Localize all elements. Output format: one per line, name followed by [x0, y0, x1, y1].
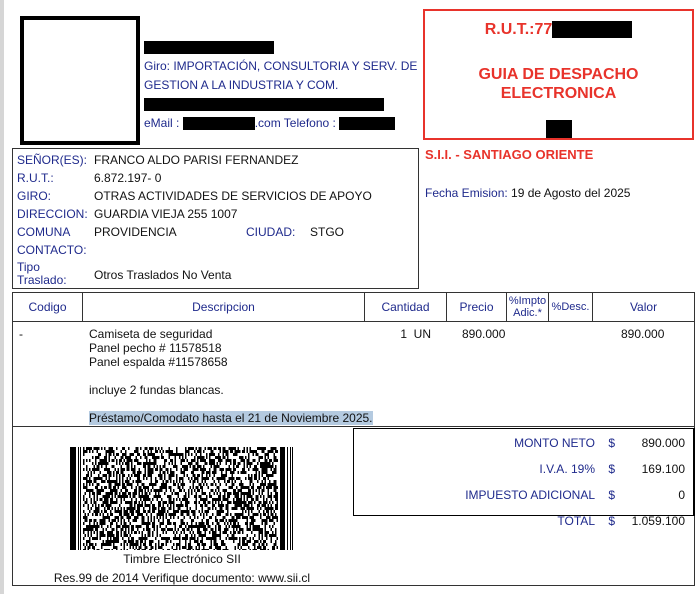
issuer-giro-line1: Giro: IMPORTACIÓN, CONSULTORIA Y SERV. D… — [144, 57, 424, 76]
items-table: Codigo Descripcion Cantidad Precio %Impt… — [12, 292, 695, 427]
direccion-value: GUARDIA VIEJA 255 1007 — [94, 207, 237, 221]
desc-line: incluye 2 fundas blancas. — [89, 383, 373, 397]
tipo-traslado-value: Otros Traslados No Venta — [94, 268, 231, 282]
redacted-rut — [552, 21, 632, 38]
issuer-giro-line2: GESTION A LA INDUSTRIA Y COM. — [144, 76, 424, 95]
currency-symbol: $ — [608, 462, 615, 476]
row-precio: 890.000 — [462, 327, 505, 341]
ciudad-value: STGO — [310, 225, 344, 239]
issuer-info: Giro: IMPORTACIÓN, CONSULTORIA Y SERV. D… — [144, 38, 424, 133]
issue-date: Fecha Emision: 19 de Agosto del 2025 — [425, 186, 630, 200]
header-impto-line1: %Impto — [509, 295, 546, 307]
impuesto-value: 0 — [678, 488, 685, 502]
tipo-label-line2: Traslado: — [17, 273, 67, 287]
totals-row-neto: MONTO NETO $ 890.000 — [354, 436, 693, 452]
currency-symbol: $ — [608, 488, 615, 502]
page-edge — [0, 0, 4, 594]
redacted-email — [183, 117, 255, 130]
total-label: TOTAL — [557, 514, 595, 528]
impuesto-label: IMPUESTO ADICIONAL — [465, 488, 595, 502]
currency-symbol: $ — [608, 436, 615, 450]
redacted-folio — [546, 120, 572, 138]
giro-value: OTRAS ACTIVIDADES DE SERVICIOS DE APOYO — [94, 189, 372, 203]
rut-label: R.U.T.: — [17, 171, 91, 185]
neto-label: MONTO NETO — [514, 436, 595, 450]
desc-line: Panel espalda #11578658 — [89, 355, 373, 369]
ciudad-label: CIUDAD: — [246, 225, 295, 239]
row-valor: 890.000 — [621, 327, 664, 341]
comuna-value: PROVIDENCIA — [94, 225, 177, 239]
document-type-box: R.U.T.:77 GUIA DE DESPACHO ELECTRONICA — [423, 9, 694, 140]
comuna-label: COMUNA — [17, 225, 91, 239]
currency-symbol: $ — [608, 514, 615, 528]
desc-line — [89, 369, 373, 383]
senor-label: SEÑOR(ES): — [17, 153, 91, 167]
sii-office: S.I.I. - SANTIAGO ORIENTE — [425, 147, 593, 162]
document-title-line1: GUIA DE DESPACHO — [425, 65, 692, 84]
rut-value: 6.872.197- 0 — [94, 171, 161, 185]
header-cantidad: Cantidad — [365, 293, 447, 321]
redacted-company-name — [144, 41, 274, 54]
issue-date-label: Fecha Emision: — [425, 186, 508, 200]
receiver-box: SEÑOR(ES): FRANCO ALDO PARISI FERNANDEZ … — [12, 148, 419, 289]
senor-value: FRANCO ALDO PARISI FERNANDEZ — [94, 153, 298, 167]
header-descripcion: Descripcion — [83, 293, 365, 321]
desc-line: Panel pecho # 11578518 — [89, 341, 373, 355]
header-codigo: Codigo — [13, 293, 83, 321]
tipo-label-line1: Tipo — [17, 260, 40, 274]
header-valor: Valor — [593, 293, 694, 321]
header-descuento: %Desc. — [549, 293, 593, 321]
document-title-line2: ELECTRONICA — [425, 84, 692, 103]
iva-label: I.V.A. 19% — [539, 462, 595, 476]
desc-highlighted-line: Préstamo/Comodato hasta el 21 de Noviemb… — [89, 411, 373, 425]
totals-box: MONTO NETO $ 890.000 I.V.A. 19% $ 169.10… — [353, 428, 695, 516]
iva-value: 169.100 — [642, 462, 685, 476]
issue-date-value: 19 de Agosto del 2025 — [511, 186, 630, 200]
tipo-traslado-label: Tipo Traslado: — [17, 261, 91, 287]
header-impto: %Impto Adic.* — [507, 293, 549, 321]
totals-row-total: TOTAL $ 1.059.100 — [354, 514, 693, 530]
neto-value: 890.000 — [642, 436, 685, 450]
resolution-note: Res.99 de 2014 Verifique documento: www.… — [12, 571, 352, 585]
timbre-label: Timbre Electrónico SII — [12, 552, 352, 566]
email-suffix: .com Telefono : — [255, 116, 336, 130]
totals-row-iva: I.V.A. 19% $ 169.100 — [354, 462, 693, 478]
contacto-label: CONTACTO: — [17, 243, 91, 257]
giro-label: GIRO: — [17, 189, 91, 203]
issuer-rut-label: R.U.T.:77 — [485, 21, 553, 38]
desc-line — [89, 397, 373, 411]
row-descripcion: Camiseta de seguridad Panel pecho # 1157… — [89, 327, 373, 425]
redacted-phone — [339, 117, 395, 130]
totals-row-impuesto: IMPUESTO ADICIONAL $ 0 — [354, 488, 693, 504]
items-table-header: Codigo Descripcion Cantidad Precio %Impt… — [13, 293, 694, 322]
pdf417-barcode — [70, 447, 295, 550]
desc-line: Camiseta de seguridad — [89, 327, 373, 341]
redacted-address — [144, 98, 384, 111]
email-label: eMail : — [144, 116, 179, 130]
company-logo — [20, 16, 140, 145]
total-value: 1.059.100 — [632, 514, 685, 528]
direccion-label: DIRECCION: — [17, 207, 91, 221]
header-precio: Precio — [447, 293, 507, 321]
row-codigo: - — [19, 327, 23, 341]
header-impto-line2: Adic.* — [513, 307, 542, 319]
row-cantidad: 1 UN — [365, 327, 431, 341]
